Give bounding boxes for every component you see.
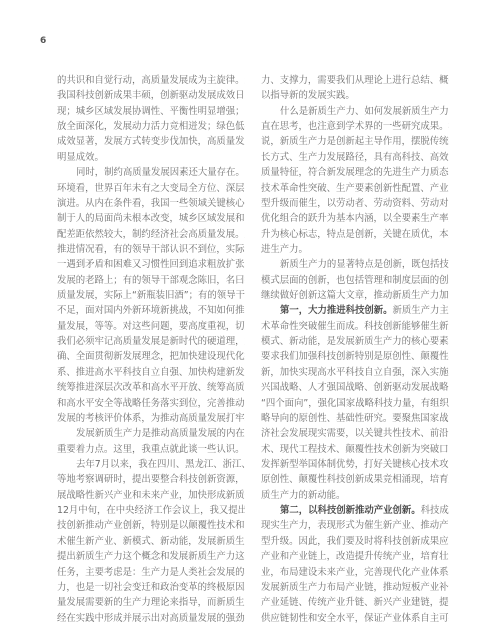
text-line: 升为核心标志，特点是创新，关键在质优，本质是先 (261, 227, 449, 242)
line-text: 推进情况看，有的领导干部认识不到位，实际工作中 (57, 244, 245, 255)
text-line: 兴国战略、人才强国战略、创新驱动发展战略，坚持 (261, 380, 449, 395)
text-line: 技术革命性突破、生产要素创新性配置、产业深度转 (261, 181, 449, 196)
line-text: 直在思考，也注意到学术界的一些研究成果。概括地 (261, 121, 449, 132)
text-line: 成效显著，发展方式转变步伐加快，高质量发展取得 (57, 134, 245, 149)
text-line: 发展新质生产力布局产业链，推动短板产业补链、优势 (261, 580, 449, 595)
text-line: 系、推进高水平科技自立自强、加快构建新发展格局、 (57, 365, 245, 380)
text-line: 去年7月以来，我在四川、黑龙江、浙江、广西 (57, 457, 245, 472)
line-text: 升为核心标志，特点是创新，关键在质优，本质是先 (261, 229, 449, 240)
line-text: 配差距依然较大，制约经济社会高质量发展。从工作 (57, 229, 245, 240)
text-line: 力，也是一切社会变迁和政治变革的终极原因。高质 (57, 580, 245, 595)
text-line: 术、现代工程技术、颠覆性技术创新为突破口，充分 (261, 442, 449, 457)
line-text: 供应链韧性和安全水平，保证产业体系自主可控、安全 (261, 613, 449, 624)
line-text: 略导向的原创性、基础性研究。要聚焦国家战略和经 (261, 413, 449, 424)
text-line: 说，新质生产力是创新起主导作用，摆脱传统经济增 (261, 134, 449, 149)
line-text: 技术革命性突破、生产要素创新性配置、产业深度转 (261, 183, 449, 194)
line-text: 12月中旬，在中央经济工作会议上，我又提出要以科 (57, 505, 245, 516)
line-text: 发展的老路上；有的领导干部观念陈旧，名曰推动高 (57, 275, 245, 286)
text-line: 模式、新动能，是发展新质生产力的核心要素。这就 (261, 334, 449, 349)
line-text: 现实生产力，表现形式为催生新产业、推动产业深度转 (261, 520, 449, 531)
text-line: 现；城乡区域发展协调性、平衡性明显增强；改革开 (57, 104, 245, 119)
text-line: 我们必须牢记高质量发展是新时代的硬道理，完整、准 (57, 334, 245, 349)
line-text: 产业和产业链上，改造提升传统产业，培育壮大新兴产 (261, 551, 449, 562)
text-line: 继续做好创新这篇大文章，推动新质生产力加快发展。 (261, 288, 449, 303)
line-text: 力、支撑力，需要我们从理论上进行总结、概括，用 (261, 75, 449, 86)
line-text: 发展新质生产力是推动高质量发展的内在要求和 (76, 428, 245, 439)
line-text: 兴国战略、人才强国战略、创新驱动发展战略，坚持 (261, 382, 449, 393)
line-text: 等地考察调研时，提出要整合科技创新资源，引领发 (57, 474, 245, 485)
line-text: 环境看，世界百年未有之大变局全方位、深层次加速 (57, 183, 245, 194)
text-line: 要求我们加强科技创新特别是原创性、颠覆性科技创 (261, 349, 449, 364)
line-text: 科技成果转化为 (421, 505, 449, 516)
line-text: 一遇到矛盾和困难又习惯性回到追求粗放扩张、低效 (57, 259, 245, 270)
text-line: 一遇到矛盾和困难又习惯性回到追求粗放扩张、低效 (57, 257, 245, 272)
text-line: 第二，以科技创新推动产业创新。科技成果转化为 (261, 503, 449, 518)
text-line: 放全面深化，发展动力活力竞相迸发；绿色低碳转型 (57, 119, 245, 134)
line-text: 质量发展，实际上“新瓶装旧酒”；有的领导干部能力 (57, 290, 245, 301)
text-line: 略导向的原创性、基础性研究。要聚焦国家战略和经 (261, 411, 449, 426)
line-text: 原创性、颠覆性科技创新成果竞相涌现，培育发展新 (261, 474, 449, 485)
text-line: 演进。从内在条件看，我国一些领域关键核心技术受 (57, 196, 245, 211)
text-line: 任务，主要考虑是：生产力是人类社会发展的根本动 (57, 565, 245, 580)
text-line: 新质生产力的显著特点是创新，既包括技术和业态 (261, 257, 449, 272)
text-line: 产业和产业链上，改造提升传统产业，培育壮大新兴产 (261, 549, 449, 564)
line-text: 去年7月以来，我在四川、黑龙江、浙江、广西 (76, 459, 245, 470)
line-text: 发展的考核评价体系，为推动高质量发展打牢基础。 (57, 413, 245, 424)
text-line: 推进情况看，有的领导干部认识不到位，实际工作中 (57, 242, 245, 257)
text-line: 统筹推进深层次改革和高水平开放、统筹高质量发展 (57, 380, 245, 395)
line-text: 术革命性突破催生而成。科技创新能够催生新产业、新 (261, 321, 449, 332)
text-line: 术催生新产业、新模式、新动能，发展新质生产力。我 (57, 534, 245, 549)
line-text: 演进。从内在条件看，我国一些领域关键核心技术受 (57, 198, 245, 209)
line-text: 说，新质生产力是创新起主导作用，摆脱传统经济增 (261, 136, 449, 147)
text-line: 经在实践中形成并展示出对高质量发展的强劲推动 (57, 611, 245, 626)
text-line: 现实生产力，表现形式为催生新产业、推动产业深度转 (261, 518, 449, 533)
text-line: 型升级而催生，以劳动者、劳动资料、劳动对象及其 (261, 196, 449, 211)
line-text: 展战略性新兴产业和未来产业，加快形成新质生产力。 (57, 490, 245, 501)
left-column: 的共识和自觉行动，高质量发展成为主旋律。近年来，我国科技创新成果丰硕，创新驱动发… (57, 73, 245, 626)
text-line: 发展新质生产力是推动高质量发展的内在要求和 (57, 426, 245, 441)
line-text: 明显成效。 (57, 152, 104, 163)
text-line: 新，加快实现高水平科技自立自强，深入实施科教 (261, 365, 449, 380)
line-text: 技创新推动产业创新，特别是以颠覆性技术和前沿技 (57, 520, 245, 531)
line-text: 模式、新动能，是发展新质生产力的核心要素。这就 (261, 336, 449, 347)
line-text: 不足，面对国内外新环境新挑战，不知如何推动高质 (57, 305, 245, 316)
line-text: 优化组合的跃升为基本内涵，以全要素生产率大幅提 (261, 213, 449, 224)
text-line: 发展的老路上；有的领导干部观念陈旧，名曰推动高 (57, 273, 245, 288)
text-line: 发挥新型举国体制优势，打好关键核心技术攻坚战，使 (261, 457, 449, 472)
line-text: 和高水平安全等战略任务落实到位，完善推动高质量 (57, 398, 245, 409)
text-line: 直在思考，也注意到学术界的一些研究成果。概括地 (261, 119, 449, 134)
line-text: 我国科技创新成果丰硕，创新驱动发展成效日益显 (57, 90, 245, 101)
text-line: “四个面向”，强化国家战略科技力量，有组织推进战 (261, 396, 449, 411)
text-line: 长方式、生产力发展路径，具有高科技、高效能、高 (261, 150, 449, 165)
line-text: 质生产力的新动能。 (261, 490, 345, 501)
line-text: 长方式、生产力发展路径，具有高科技、高效能、高 (261, 152, 449, 163)
line-text: 质量特征，符合新发展理念的先进生产力质态。它由 (261, 167, 449, 178)
line-text: 发展新质生产力布局产业链，推动短板产业补链、优势 (261, 582, 449, 593)
text-line: 型升级。因此，我们要及时将科技创新成果应用到具体 (261, 534, 449, 549)
line-text: 模式层面的创新，也包括管理和制度层面的创新。必须 (261, 275, 449, 286)
text-line: 不足，面对国内外新环境新挑战，不知如何推动高质 (57, 303, 245, 318)
right-column: 力、支撑力，需要我们从理论上进行总结、概括，用以指导新的发展实践。什么是新质生产… (261, 73, 449, 626)
text-line: 质量特征，符合新发展理念的先进生产力质态。它由 (261, 165, 449, 180)
line-text: 同时，制约高质量发展因素还大量存在。从外部 (76, 167, 245, 178)
text-line: 质量发展，实际上“新瓶装旧酒”；有的领导干部能力 (57, 288, 245, 303)
line-text: 任务，主要考虑是：生产力是人类社会发展的根本动 (57, 567, 245, 578)
text-line: 和高水平安全等战略任务落实到位，完善推动高质量 (57, 396, 245, 411)
line-text: 我们必须牢记高质量发展是新时代的硬道理，完整、准 (57, 336, 245, 347)
line-text: 产业延链、传统产业升链、新兴产业建链，提升产业链 (261, 597, 449, 608)
line-text: 力，也是一切社会变迁和政治变革的终极原因。高质 (57, 582, 245, 593)
line-text: 济社会发展现实需要，以关键共性技术、前沿引领技 (261, 428, 449, 439)
text-line: 供应链韧性和安全水平，保证产业体系自主可控、安全 (261, 611, 449, 626)
text-line: 原创性、颠覆性科技创新成果竞相涌现，培育发展新 (261, 472, 449, 487)
text-line: 重要着力点。这里，我重点就此谈一些认识。 (57, 442, 245, 457)
line-text: 要求我们加强科技创新特别是原创性、颠覆性科技创 (261, 351, 449, 362)
text-line: 展战略性新兴产业和未来产业，加快形成新质生产力。 (57, 488, 245, 503)
line-text: 量发展，等等。对这些问题，要高度重视，切实解决。 (57, 321, 245, 332)
text-line: 等地考察调研时，提出要整合科技创新资源，引领发 (57, 472, 245, 487)
text-line: 量发展需要新的生产力理论来指导，而新质生产力已 (57, 595, 245, 610)
line-text: 提出新质生产力这个概念和发展新质生产力这个重大 (57, 551, 245, 562)
line-text: 系、推进高水平科技自立自强、加快构建新发展格局、 (57, 367, 245, 378)
line-text: 型升级而催生，以劳动者、劳动资料、劳动对象及其 (261, 198, 449, 209)
text-line: 第一，大力推进科技创新。新质生产力主要由技 (261, 303, 449, 318)
line-text: 经在实践中形成并展示出对高质量发展的强劲推动 (57, 613, 245, 624)
line-text: 进生产力。 (261, 244, 308, 255)
line-text: “四个面向”，强化国家战略科技力量，有组织推进战 (261, 398, 449, 409)
text-line: 确、全面贯彻新发展理念，把加快建设现代化经济体 (57, 349, 245, 364)
line-text: 成效显著，发展方式转变步伐加快，高质量发展取得 (57, 136, 245, 147)
text-line: 模式层面的创新，也包括管理和制度层面的创新。必须 (261, 273, 449, 288)
page-number: 6 (40, 36, 46, 46)
text-line: 产业延链、传统产业升链、新兴产业建链，提升产业链 (261, 595, 449, 610)
text-line: 术革命性突破催生而成。科技创新能够催生新产业、新 (261, 319, 449, 334)
line-text: 的共识和自觉行动，高质量发展成为主旋律。近年来， (57, 75, 245, 86)
line-text: 重要着力点。这里，我重点就此谈一些认识。 (57, 444, 245, 455)
line-text: 以指导新的发展实践。 (261, 90, 355, 101)
text-line: 明显成效。 (57, 150, 245, 165)
line-text: 量发展需要新的生产力理论来指导，而新质生产力已 (57, 597, 245, 608)
line-text: 继续做好创新这篇大文章，推动新质生产力加快发展。 (261, 290, 449, 301)
line-text: 业，布局建设未来产业，完善现代化产业体系。要围绕 (261, 567, 449, 578)
line-text: 统筹推进深层次改革和高水平开放、统筹高质量发展 (57, 382, 245, 393)
text-line: 的共识和自觉行动，高质量发展成为主旋律。近年来， (57, 73, 245, 88)
text-line: 质生产力的新动能。 (261, 488, 449, 503)
text-line: 业，布局建设未来产业，完善现代化产业体系。要围绕 (261, 565, 449, 580)
text-line: 济社会发展现实需要，以关键共性技术、前沿引领技 (261, 426, 449, 441)
text-line: 优化组合的跃升为基本内涵，以全要素生产率大幅提 (261, 211, 449, 226)
text-line: 同时，制约高质量发展因素还大量存在。从外部 (57, 165, 245, 180)
line-text: 术、现代工程技术、颠覆性技术创新为突破口，充分 (261, 444, 449, 455)
text-line: 以指导新的发展实践。 (261, 88, 449, 103)
text-line: 发展的考核评价体系，为推动高质量发展打牢基础。 (57, 411, 245, 426)
text-line: 12月中旬，在中央经济工作会议上，我又提出要以科 (57, 503, 245, 518)
text-line: 制于人的局面尚未根本改变，城乡区域发展和收入分 (57, 211, 245, 226)
line-text: 制于人的局面尚未根本改变，城乡区域发展和收入分 (57, 213, 245, 224)
line-text: 新质生产力主要由技 (393, 305, 449, 316)
line-text: 新质生产力的显著特点是创新，既包括技术和业态 (280, 259, 449, 270)
line-text: 什么是新质生产力、如何发展新质生产力？我一 (280, 106, 449, 117)
line-text: 型升级。因此，我们要及时将科技创新成果应用到具体 (261, 536, 449, 547)
text-line: 什么是新质生产力、如何发展新质生产力？我一 (261, 104, 449, 119)
text-line: 进生产力。 (261, 242, 449, 257)
text-line: 提出新质生产力这个概念和发展新质生产力这个重大 (57, 549, 245, 564)
line-text: 新，加快实现高水平科技自立自强，深入实施科教 (261, 367, 449, 378)
text-line: 量发展，等等。对这些问题，要高度重视，切实解决。 (57, 319, 245, 334)
line-text: 术催生新产业、新模式、新动能，发展新质生产力。我 (57, 536, 245, 547)
text-line: 技创新推动产业创新，特别是以颠覆性技术和前沿技 (57, 518, 245, 533)
line-text: 现；城乡区域发展协调性、平衡性明显增强；改革开 (57, 106, 245, 117)
line-text: 发挥新型举国体制优势，打好关键核心技术攻坚战，使 (261, 459, 449, 470)
line-text: 放全面深化，发展动力活力竞相迸发；绿色低碳转型 (57, 121, 245, 132)
section-heading: 第一，大力推进科技创新。 (280, 305, 393, 316)
text-line: 力、支撑力，需要我们从理论上进行总结、概括，用 (261, 73, 449, 88)
line-text: 确、全面贯彻新发展理念，把加快建设现代化经济体 (57, 351, 245, 362)
text-line: 配差距依然较大，制约经济社会高质量发展。从工作 (57, 227, 245, 242)
section-heading: 第二，以科技创新推动产业创新。 (280, 505, 421, 516)
text-line: 环境看，世界百年未有之大变局全方位、深层次加速 (57, 181, 245, 196)
text-line: 我国科技创新成果丰硕，创新驱动发展成效日益显 (57, 88, 245, 103)
